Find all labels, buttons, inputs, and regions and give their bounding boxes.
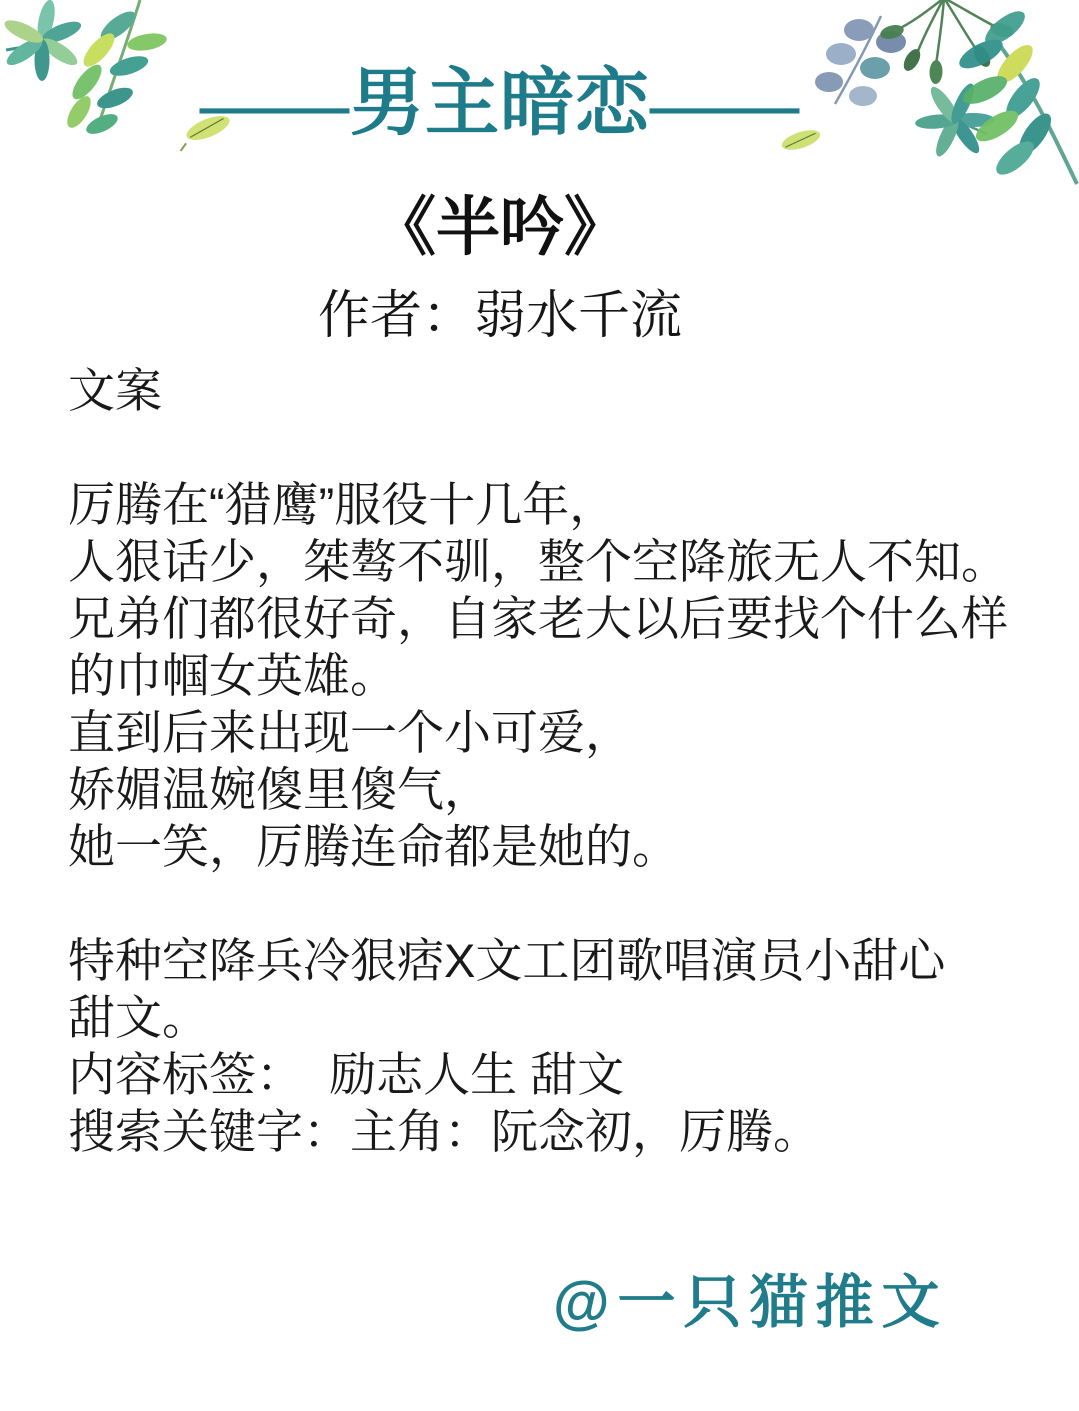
blank-line	[68, 419, 1048, 476]
genre-line: 甜文。	[68, 989, 1048, 1046]
synopsis-line: 直到后来出现一个小可爱，	[68, 704, 1048, 761]
synopsis-line: 她一笑，厉腾连命都是她的。	[68, 818, 1048, 875]
synopsis-block: 文案 厉腾在“猎鹰”服役十几年， 人狠话少，桀骜不驯，整个空降旅无人不知。 兄弟…	[68, 362, 1048, 1160]
book-title: 《半吟》	[0, 192, 1000, 262]
book-promo-poster: ——男主暗恋—— 《半吟》 作者：弱水千流 文案 厉腾在“猎鹰”服役十几年， 人…	[0, 0, 1079, 1411]
synopsis-line: 的巾帼女英雄。	[68, 647, 1048, 704]
synopsis-line: 兄弟们都很好奇，自家老大以后要找个什么样	[68, 590, 1048, 647]
blank-line	[68, 875, 1048, 932]
book-author: 作者：弱水千流	[0, 288, 1000, 345]
search-keywords-line: 搜索关键字：主角：阮念初，厉腾。	[68, 1103, 1048, 1160]
content-tags-line: 内容标签： 励志人生 甜文	[68, 1046, 1048, 1103]
synopsis-label: 文案	[68, 362, 1048, 419]
synopsis-line: 人狠话少，桀骜不驯，整个空降旅无人不知。	[68, 533, 1048, 590]
watermark-signature: @一只猫推文	[553, 1268, 948, 1338]
pairing-line: 特种空降兵冷狠痞X文工团歌唱演员小甜心	[68, 932, 1048, 989]
synopsis-line: 厉腾在“猎鹰”服役十几年，	[68, 476, 1048, 533]
series-title: ——男主暗恋——	[0, 64, 1000, 145]
synopsis-line: 娇媚温婉傻里傻气，	[68, 761, 1048, 818]
